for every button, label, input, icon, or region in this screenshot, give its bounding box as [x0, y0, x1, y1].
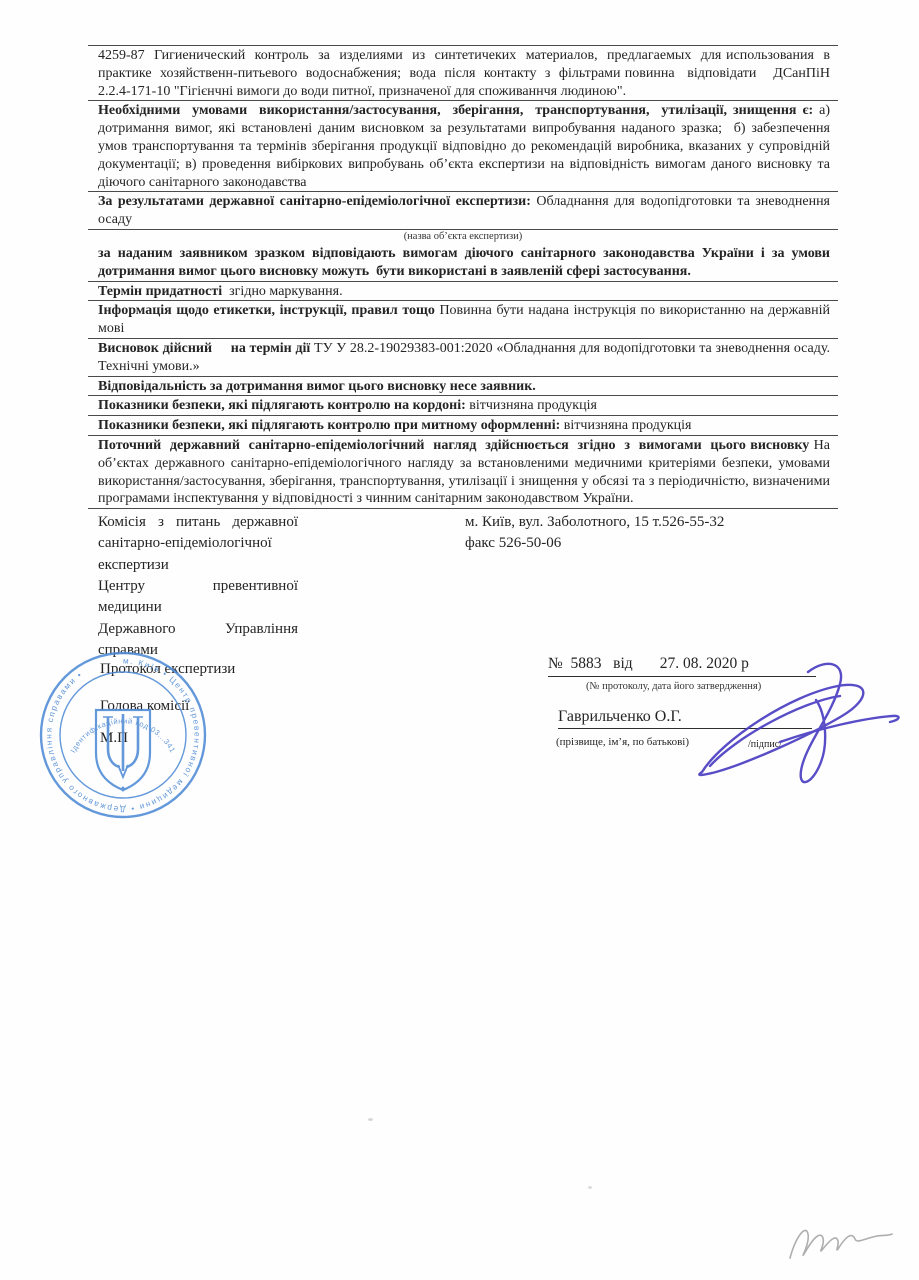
stamp-bottom-dot	[120, 786, 126, 792]
section-lead: За результатами державної санітарно-епід…	[98, 194, 531, 209]
section-text: вітчизняна продукція	[560, 418, 691, 433]
commission-line: Центру превентивної медицини	[98, 576, 298, 619]
signature-ink	[640, 650, 910, 810]
address-line: факс 526-50-06	[465, 533, 724, 554]
section-label-info: Інформація щодо етикетки, інструкції, пр…	[88, 300, 838, 338]
scan-speck	[588, 1186, 592, 1189]
section-expertise-results: За результатами державної санітарно-епід…	[88, 191, 838, 229]
section-responsibility: Відповідальність за дотримання вимог цьо…	[88, 376, 838, 396]
object-name-caption: (назва об’єкта експертизи)	[88, 229, 838, 244]
section-lead: Висновок дійсний на термін дії	[98, 341, 310, 356]
document-body: 4259-87 Гигиенический контроль за издели…	[88, 45, 838, 661]
section-text: 4259-87 Гигиенический контроль за издели…	[98, 48, 837, 99]
section-shelf-life: Термін придатності згідно маркування.	[88, 281, 838, 301]
pencil-mark	[780, 1212, 905, 1267]
section-validity-term: Висновок дійсний на термін дії ТУ У 28.2…	[88, 338, 838, 376]
section-text: згідно маркування.	[222, 284, 342, 299]
section-border-control: Показники безпеки, які підлягають контро…	[88, 395, 838, 415]
section-lead: Відповідальність за дотримання вимог цьо…	[98, 379, 536, 394]
section-customs-control: Показники безпеки, які підлягають контро…	[88, 415, 838, 435]
scan-speck	[368, 1118, 373, 1121]
commission-line: санітарно-епідеміологічної експертизи	[98, 533, 298, 576]
section-compliance-statement: за наданим заявником зразком відповідают…	[88, 244, 838, 281]
section-lead: Показники безпеки, які підлягають контро…	[98, 418, 560, 433]
section-hygiene-control: 4259-87 Гигиенический контроль за издели…	[88, 45, 838, 100]
commission-line: Комісія з питань державної	[98, 512, 298, 533]
commission-name: Комісія з питань державної санітарно-епі…	[98, 512, 298, 661]
commission-address: м. Київ, вул. Заболотного, 15 т.526-55-3…	[465, 512, 724, 661]
section-lead: Інформація щодо етикетки, інструкції, пр…	[98, 303, 435, 318]
section-lead: Поточний державний санітарно-епідеміолог…	[98, 438, 809, 453]
section-lead: Термін придатності	[98, 284, 222, 299]
round-stamp-seal: м. Київ • Центр превентивної медицини • …	[36, 648, 210, 822]
section-lead: за наданим заявником зразком відповідают…	[98, 246, 837, 279]
section-text: вітчизняна продукція	[466, 398, 597, 413]
section-lead: Необхідними умовами використання/застосу…	[98, 103, 813, 118]
section-required-conditions: Необхідними умовами використання/застосу…	[88, 100, 838, 191]
section-current-supervision: Поточний державний санітарно-епідеміолог…	[88, 435, 838, 508]
section-lead: Показники безпеки, які підлягають контро…	[98, 398, 466, 413]
scanned-document-page: 4259-87 Гигиенический контроль за издели…	[0, 0, 919, 1280]
commission-address-block: Комісія з питань державної санітарно-епі…	[88, 508, 838, 661]
address-line: м. Київ, вул. Заболотного, 15 т.526-55-3…	[465, 512, 724, 533]
